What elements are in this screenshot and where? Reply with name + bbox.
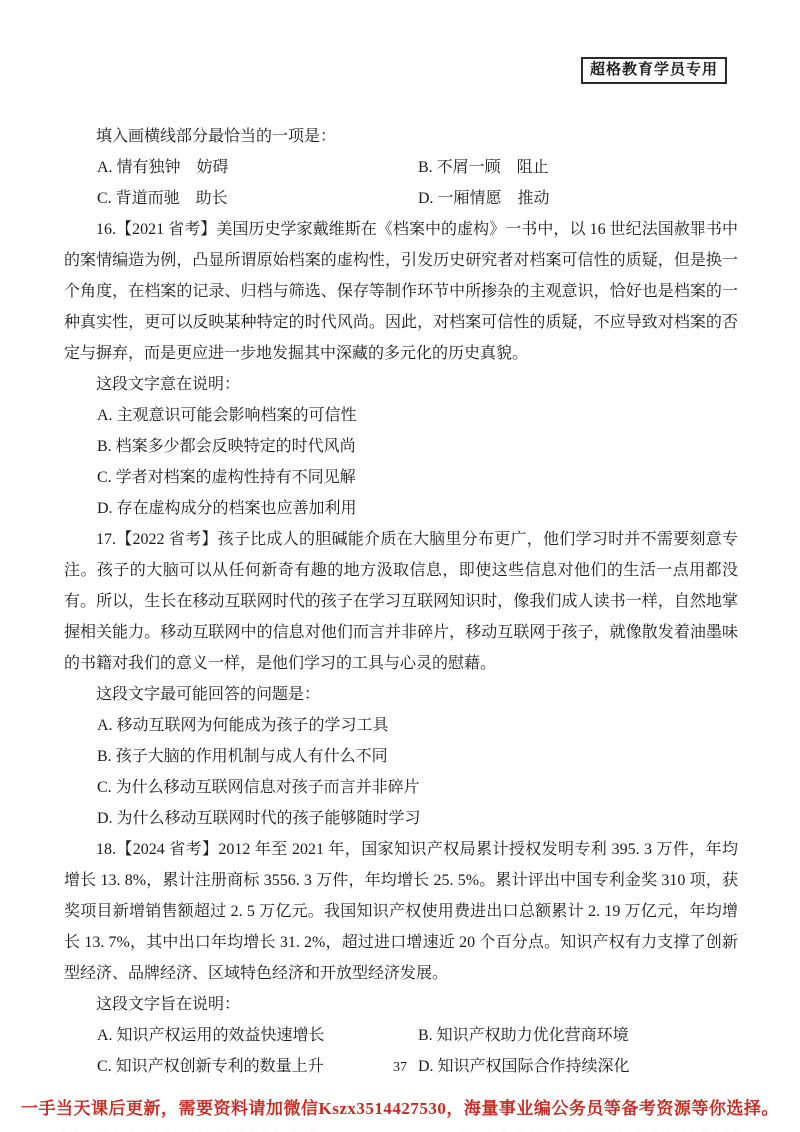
question-17-passage: 17.【2022 省考】孩子比成人的胆碱能介质在大脑里分布更广，他们学习时并不需… bbox=[64, 524, 738, 679]
document-body: 填入画横线部分最恰当的一项是： A. 情有独钟 妨碍 B. 不屑一顾 阻止 C.… bbox=[64, 121, 738, 1082]
question-18: 18.【2024 省考】2012 年至 2021 年，国家知识产权局累计授权发明… bbox=[64, 834, 738, 1082]
option-d: D. 为什么移动互联网时代的孩子能够随时学习 bbox=[64, 803, 738, 834]
option-d: D. 一厢情愿 推动 bbox=[385, 183, 738, 214]
question-17-options: A. 移动互联网为何能成为孩子的学习工具 B. 孩子大脑的作用机制与成人有什么不… bbox=[64, 710, 738, 834]
option-c: C. 背道而驰 助长 bbox=[64, 183, 385, 214]
option-b: B. 知识产权助力优化营商环境 bbox=[385, 1020, 738, 1051]
fill-blank-options: A. 情有独钟 妨碍 B. 不屑一顾 阻止 C. 背道而驰 助长 D. 一厢情愿… bbox=[64, 152, 738, 214]
option-c: C. 为什么移动互联网信息对孩子而言并非碎片 bbox=[64, 772, 738, 803]
question-18-passage: 18.【2024 省考】2012 年至 2021 年，国家知识产权局累计授权发明… bbox=[64, 834, 738, 989]
option-a: A. 知识产权运用的效益快速增长 bbox=[64, 1020, 385, 1051]
question-16: 16.【2021 省考】美国历史学家戴维斯在《档案中的虚构》一书中，以 16 世… bbox=[64, 214, 738, 524]
question-17-stem: 这段文字最可能回答的问题是： bbox=[64, 679, 738, 710]
option-a: A. 情有独钟 妨碍 bbox=[64, 152, 385, 183]
student-exclusive-badge: 超格教育学员专用 bbox=[581, 57, 727, 84]
option-a: A. 主观意识可能会影响档案的可信性 bbox=[64, 400, 738, 431]
option-b: B. 不屑一顾 阻止 bbox=[385, 152, 738, 183]
option-b: B. 孩子大脑的作用机制与成人有什么不同 bbox=[64, 741, 738, 772]
option-a: A. 移动互联网为何能成为孩子的学习工具 bbox=[64, 710, 738, 741]
page-number: 37 bbox=[0, 1058, 800, 1078]
question-16-options: A. 主观意识可能会影响档案的可信性 B. 档案多少都会反映特定的时代风尚 C.… bbox=[64, 400, 738, 524]
question-17: 17.【2022 省考】孩子比成人的胆碱能介质在大脑里分布更广，他们学习时并不需… bbox=[64, 524, 738, 834]
option-d: D. 存在虚构成分的档案也应善加利用 bbox=[64, 493, 738, 524]
promo-footer-text: 一手当天课后更新，需要资料请加微信Kszx3514427530，海量事业编公务员… bbox=[0, 1096, 800, 1122]
question-16-passage: 16.【2021 省考】美国历史学家戴维斯在《档案中的虚构》一书中，以 16 世… bbox=[64, 214, 738, 369]
fill-blank-question-stem: 填入画横线部分最恰当的一项是： bbox=[64, 121, 738, 152]
option-b: B. 档案多少都会反映特定的时代风尚 bbox=[64, 431, 738, 462]
question-16-stem: 这段文字意在说明： bbox=[64, 369, 738, 400]
promo-footer-bleed: 一手当天课后更新，需要资料请加微信Kszx3514427530，海量事业编公务员… bbox=[0, 1126, 800, 1132]
question-18-stem: 这段文字旨在说明： bbox=[64, 989, 738, 1020]
option-c: C. 学者对档案的虚构性持有不同见解 bbox=[64, 462, 738, 493]
document-page: 超格教育学员专用 填入画横线部分最恰当的一项是： A. 情有独钟 妨碍 B. 不… bbox=[0, 0, 800, 1132]
